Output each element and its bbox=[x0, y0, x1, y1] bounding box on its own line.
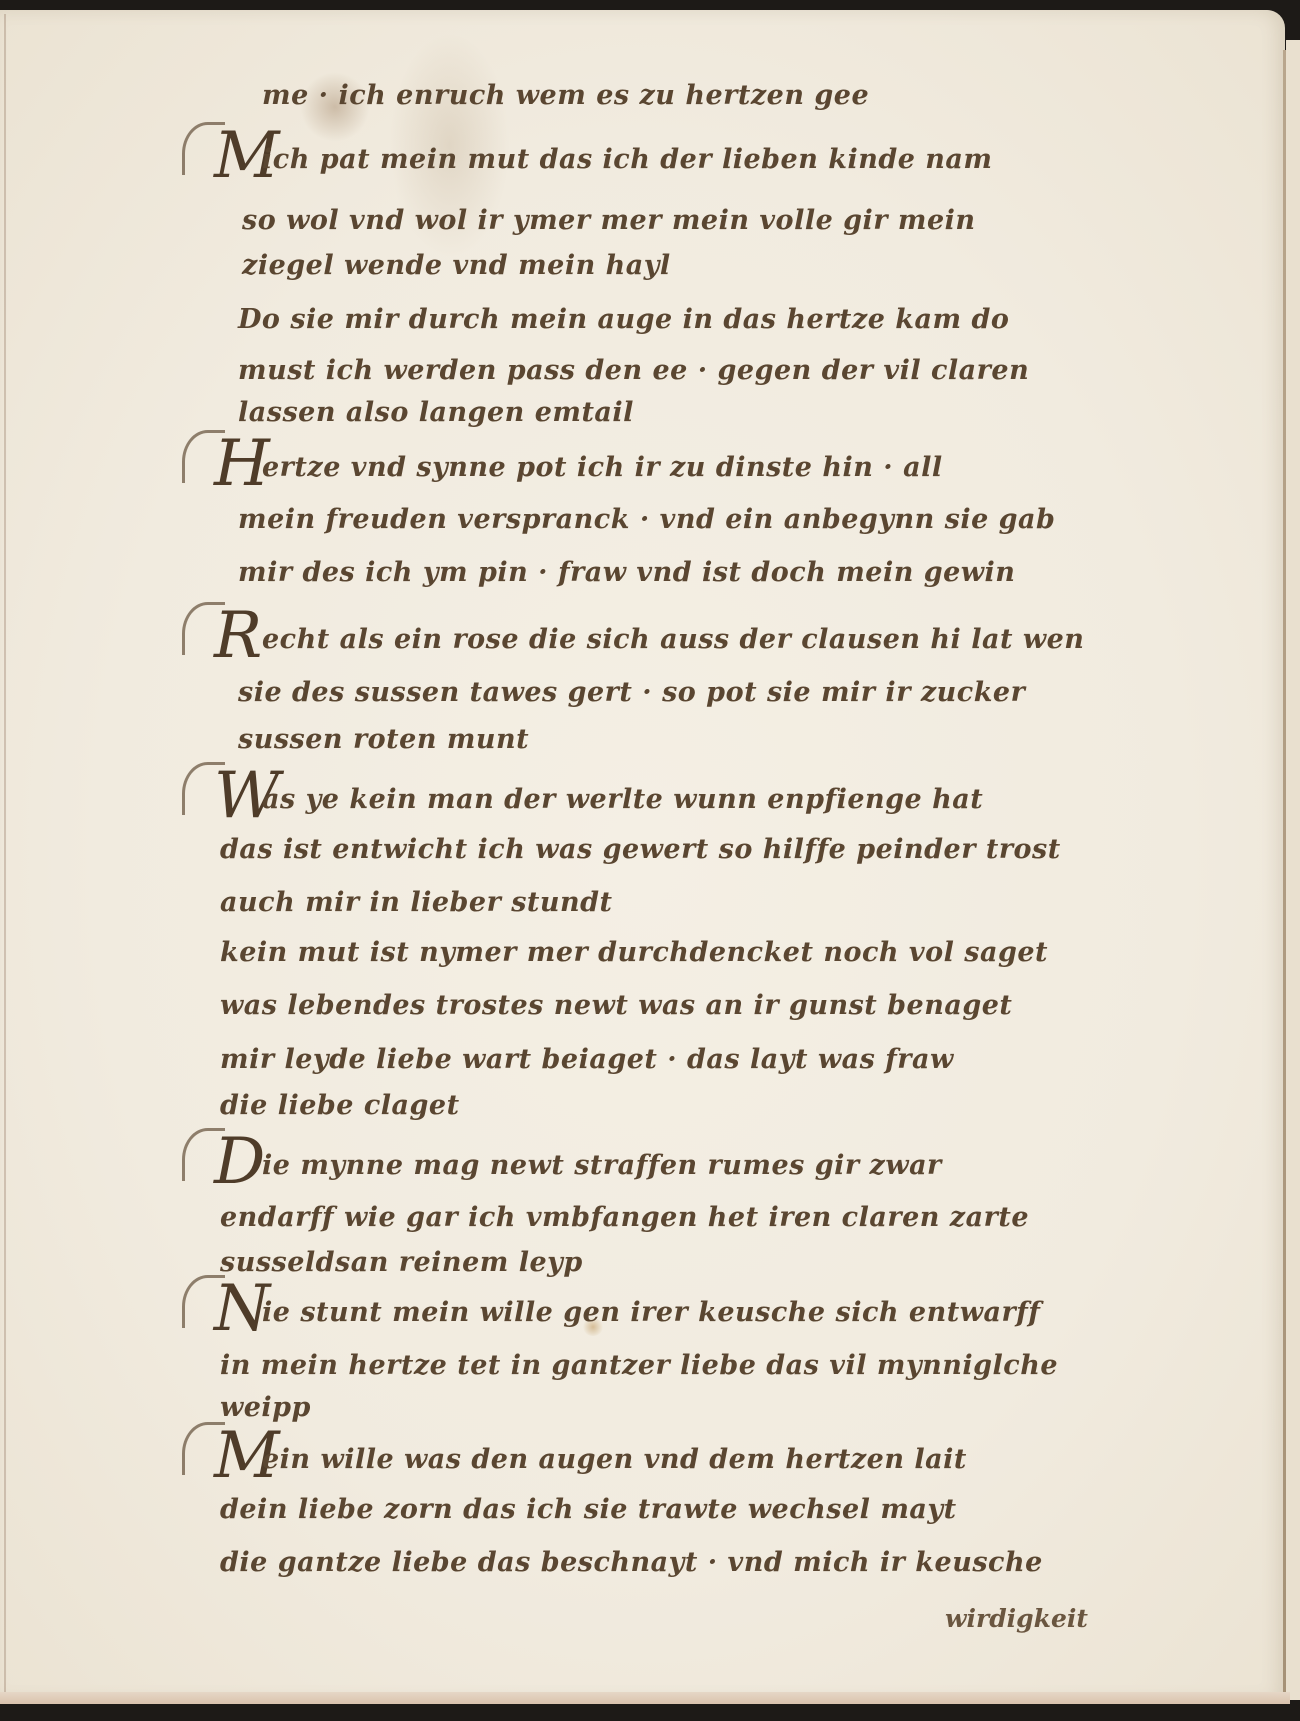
manuscript-line: ertze vnd synne pot ich ir zu dinste hin… bbox=[262, 452, 943, 483]
initial-flourish bbox=[182, 1275, 225, 1328]
adjacent-leaf-edge bbox=[1286, 40, 1300, 1700]
manuscript-line: me · ich enruch wem es zu hertzen gee bbox=[262, 80, 869, 111]
catchword: wirdigkeit bbox=[945, 1604, 1088, 1633]
manuscript-line: dein liebe zorn das ich sie trawte wechs… bbox=[220, 1494, 957, 1525]
manuscript-line: ie mynne mag newt straffen rumes gir zwa… bbox=[262, 1150, 942, 1181]
manuscript-line: sussen roten munt bbox=[238, 724, 529, 755]
manuscript-line: mir leyde liebe wart beiaget · das layt … bbox=[220, 1044, 954, 1075]
manuscript-line: mir des ich ym pin · fraw vnd ist doch m… bbox=[238, 557, 1015, 588]
initial-flourish bbox=[182, 1128, 225, 1181]
manuscript-line: echt als ein rose die sich auss der clau… bbox=[262, 624, 1084, 655]
manuscript-line: must ich werden pass den ee · gegen der … bbox=[238, 355, 1029, 386]
manuscript-line: as ye kein man der werlte wunn enpfienge… bbox=[262, 784, 983, 815]
initial-flourish bbox=[182, 122, 225, 175]
manuscript-line: ein wille was den augen vnd dem hertzen … bbox=[262, 1444, 967, 1475]
manuscript-line: die liebe claget bbox=[220, 1090, 460, 1121]
manuscript-line: lassen also langen emtail bbox=[238, 397, 634, 428]
manuscript-line: endarff wie gar ich vmbfangen het iren c… bbox=[220, 1202, 1029, 1233]
manuscript-line: die gantze liebe das beschnayt · vnd mic… bbox=[220, 1547, 1043, 1578]
initial-flourish bbox=[182, 762, 225, 815]
bottom-page-edge bbox=[0, 1692, 1290, 1704]
manuscript-line: ziegel wende vnd mein hayl bbox=[242, 250, 671, 281]
initial-flourish bbox=[182, 1422, 225, 1475]
initial-flourish bbox=[182, 430, 225, 483]
manuscript-text-block: me · ich enruch wem es zu hertzen geeMic… bbox=[0, 0, 1285, 1690]
initial-flourish bbox=[182, 602, 225, 655]
manuscript-line: in mein hertze tet in gantzer liebe das … bbox=[220, 1350, 1058, 1381]
manuscript-line: auch mir in lieber stundt bbox=[220, 887, 613, 918]
manuscript-line: so wol vnd wol ir ymer mer mein volle gi… bbox=[242, 205, 976, 236]
manuscript-line: kein mut ist nymer mer durchdencket noch… bbox=[220, 937, 1048, 968]
manuscript-line: was lebendes trostes newt was an ir guns… bbox=[220, 990, 1012, 1021]
manuscript-line: sie des sussen tawes gert · so pot sie m… bbox=[238, 677, 1025, 708]
manuscript-line: ie stunt mein wille gen irer keusche sic… bbox=[262, 1297, 1040, 1328]
manuscript-line: susseldsan reinem leyp bbox=[220, 1247, 583, 1278]
manuscript-frame: me · ich enruch wem es zu hertzen geeMic… bbox=[0, 0, 1300, 1721]
manuscript-line: Do sie mir durch mein auge in das hertze… bbox=[238, 304, 1009, 335]
manuscript-line: ich pat mein mut das ich der lieben kind… bbox=[262, 144, 993, 175]
manuscript-line: das ist entwicht ich was gewert so hilff… bbox=[220, 834, 1061, 865]
manuscript-line: mein freuden verspranck · vnd ein anbegy… bbox=[238, 504, 1055, 535]
